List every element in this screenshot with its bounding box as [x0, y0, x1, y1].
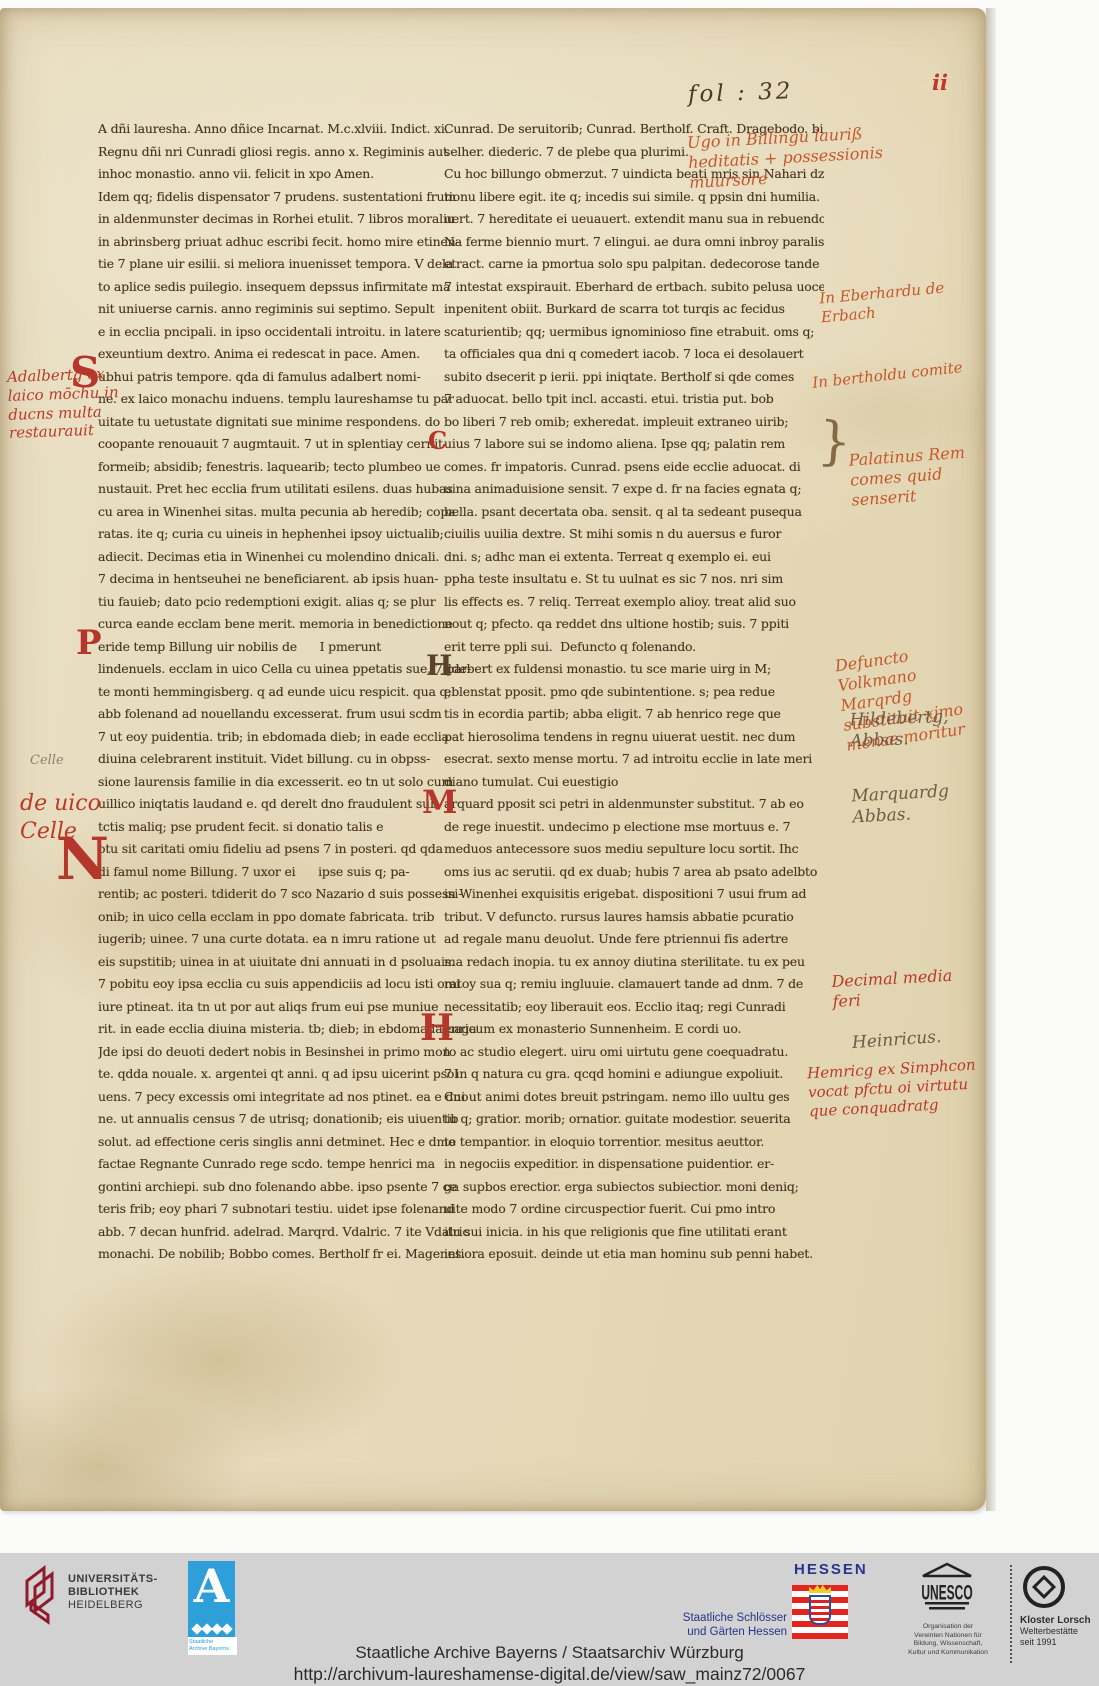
- manuscript-line: tie 7 plane uir esilii. si meliora inuen…: [98, 253, 478, 276]
- ub-heidelberg-line1: UNIVERSITÄTS-: [68, 1573, 158, 1586]
- margin-note-ugo-billing: Ugo in Billingu lauriß heditatis + posse…: [687, 119, 960, 193]
- manuscript-line: adiecit. Decimas etia in Winenhei cu mol…: [98, 546, 478, 569]
- bayern-diamonds-icon: [188, 1625, 235, 1633]
- manuscript-line: A dñi lauresha. Anno dñice Incarnat. M.c…: [98, 118, 478, 141]
- manuscript-line: iugerib; uinee. 7 una curte dotata. ea n…: [98, 928, 478, 951]
- folio-label: fol : 32: [688, 78, 794, 108]
- manuscript-line: eis supstitib; uinea in at uiuitate dni …: [98, 951, 478, 974]
- manuscript-line: tiu fauieb; dato pcio redemptioni exigit…: [98, 591, 478, 614]
- manuscript-line: nit uniuerse carnis. anno regiminis sui …: [98, 298, 478, 321]
- manuscript-line: ta officiales qua dni q comedert iacob. …: [444, 343, 824, 366]
- footer-bar: UNIVERSITÄTS- BIBLIOTHEK HEIDELBERG A St…: [0, 1553, 1099, 1686]
- manuscript-line: 7 ut eoy puidentia. trib; in ebdomada di…: [98, 726, 478, 749]
- hessen-crest-icon: [792, 1585, 848, 1639]
- manuscript-line: otu sit caritati omiu fideliu ad psens 7…: [98, 838, 478, 861]
- manuscript-line: abb folenand ad nouellandu excesserat. f…: [98, 703, 478, 726]
- manuscript-line: nustauit. Pret hec ecclia frum utilitati…: [98, 478, 478, 501]
- hessen-title: HESSEN: [794, 1561, 868, 1578]
- manuscript-line: intiora eposuit. deinde ut etia man homi…: [444, 1243, 824, 1266]
- manuscript-line: inhoc monastio. anno vii. felicit in xpo…: [98, 163, 478, 186]
- manuscript-line: pat hierosolima tendens in regnu uiuerat…: [444, 726, 824, 749]
- manuscript-line: bella. psant decertata oba. sensit. q al…: [444, 501, 824, 524]
- manuscript-line: in Winenhei exquisitis erigebat. disposi…: [444, 883, 824, 906]
- manuscript-line: in abrinsberg priuat adhuc escribi fecit…: [98, 231, 478, 254]
- manuscript-line: uitate tu uetustate dignitati sue minime…: [98, 411, 478, 434]
- manuscript-line: te tempantior. in eloquio torrentior. me…: [444, 1131, 824, 1154]
- manuscript-line: te. qdda nouale. x. argentei qt anni. q …: [98, 1063, 478, 1086]
- hessen-shield-icon: [809, 1595, 831, 1625]
- manuscript-line: etract. carne ia pmortua solo spu palpit…: [444, 253, 824, 276]
- scan-page-edge: [986, 8, 996, 1511]
- ub-heidelberg-line2: BIBLIOTHEK: [68, 1586, 158, 1599]
- manuscript-line: ppha teste insultatu e. St tu uulnat es …: [444, 568, 824, 591]
- ub-heidelberg-logo: [20, 1561, 62, 1632]
- manuscript-line: cu area in Winenhei sitas. multa pecunia…: [98, 501, 478, 524]
- manuscript-line: 7 pobitu eoy ipsa ecclia cu suis appendi…: [98, 973, 478, 996]
- manuscript-line: Na ferme biennio murt. 7 elingui. ae dur…: [444, 231, 824, 254]
- manuscript-line: factae Regnante Cunrado rege scdo. tempe…: [98, 1153, 478, 1176]
- margin-note-palatinus: Palatinus Rem comes quid senserit: [848, 441, 988, 510]
- manuscript-line: e in ecclia pncipali. in ipso occidental…: [98, 321, 478, 344]
- margin-note-de-vico-celle: de uico Celle: [20, 790, 101, 845]
- manuscript-line: sione laurensis familie in dia excesseri…: [98, 771, 478, 794]
- manuscript-line: ciuilis uuilia dextre. St mihi somis n d…: [444, 523, 824, 546]
- manuscript-line: erit terre ppli sui. Defuncto q folenand…: [444, 636, 824, 659]
- manuscript-line: teris frib; eoy phari 7 subnotari testiu…: [98, 1198, 478, 1221]
- footer-source-caption: Staatliche Archive Bayerns / Staatsarchi…: [0, 1643, 1099, 1663]
- manuscript-line: itu sui inicia. in his que religionis qu…: [444, 1221, 824, 1244]
- manuscript-line: 7 in q natura cu gra. qcqd homini e adiu…: [444, 1063, 824, 1086]
- manuscript-line: bo liberi 7 reb omib; exheredat. impleui…: [444, 411, 824, 434]
- manuscript-line: ubhui patris tempore. qda di famulus ada…: [98, 366, 478, 389]
- manuscript-line: ratas. ite q; curia cu uineis in hephenh…: [98, 523, 478, 546]
- manuscript-line: di famul nome Billung. 7 uxor ei ipse su…: [98, 861, 478, 884]
- margin-note-henricus-ex: Hemricg ex Simphcon vocat pfctu oi virtu…: [807, 1056, 978, 1121]
- bayern-letter: A: [188, 1561, 235, 1611]
- manuscript-line: eblenstat pposit. pmo qde subintentione.…: [444, 681, 824, 704]
- manuscript-line: lis effects es. 7 reliq. Terreat exemplo…: [444, 591, 824, 614]
- manuscript-line: abb. 7 decan hunfrid. adelrad. Marqrd. V…: [98, 1221, 478, 1244]
- manuscript-line: 7 decima in hentseuhei ne beneficiarent.…: [98, 568, 478, 591]
- manuscript-line: curca eande ecclam bene merit. memoria i…: [98, 613, 478, 636]
- manuscript-line: subito dsecerit p ierii. ppi iniqtate. B…: [444, 366, 824, 389]
- initial-c: C: [428, 429, 447, 453]
- margin-note-celle-faint: Celle: [30, 753, 64, 769]
- manuscript-line: uite modo 7 ordine circuspectior fuerit.…: [444, 1198, 824, 1221]
- manuscript-line: enricum ex monasterio Sunnenheim. E cord…: [444, 1018, 824, 1041]
- initial-h-brown: H: [426, 652, 452, 680]
- bayern-archive-logo: A Staatliche Archive Bayerns: [188, 1561, 237, 1655]
- page-number: ii: [932, 70, 948, 95]
- manuscript-line: tribut. V defuncto. rursus laures hamsis…: [444, 906, 824, 929]
- manuscript-line: uillico iniqtatis laudand e. qd derelt d…: [98, 793, 478, 816]
- initial-m: M: [422, 786, 457, 818]
- bayern-a-icon: A: [188, 1561, 235, 1637]
- manuscript-line: solut. ad effectione ceris singlis anni …: [98, 1131, 478, 1154]
- manuscript-line: comes. fr impatoris. Cunrad. psens eide …: [444, 456, 824, 479]
- manuscript-line: uius 7 labore sui se indomo aliena. Ipse…: [444, 433, 824, 456]
- manuscript-line: diuina celebrarent instituit. Videt bill…: [98, 748, 478, 771]
- manuscript-line: tctis maliq; pse prudent fecit. si donat…: [98, 816, 478, 839]
- lorsch-line2: Welterbestätte: [1020, 1626, 1091, 1637]
- hessen-caption-line2: und Gärten Hessen: [632, 1625, 787, 1639]
- manuscript-line: diano tumulat. Cui euestigio: [444, 771, 824, 794]
- margin-note-hildebert-abbas: Hildebertg, Abbas.: [849, 706, 986, 753]
- manuscript-line: ratoy sua q; remiu ingluuie. clamauert t…: [444, 973, 824, 996]
- manuscript-line: tis in ecordia partib; abba eligit. 7 ab…: [444, 703, 824, 726]
- unesco-temple-icon: UNESCO: [920, 1561, 974, 1611]
- kloster-lorsch-logo: [1022, 1565, 1066, 1614]
- manuscript-line: 7 intestat exspirauit. Eberhard de ertba…: [444, 276, 824, 299]
- margin-note-heinricus: Heinricus.: [851, 1027, 942, 1054]
- margin-note-eberhard: In Eberhardu de Erbach: [819, 279, 947, 327]
- manuscript-line: Cui ut animi dotes breuit pstringam. nem…: [444, 1086, 824, 1109]
- initial-p: P: [76, 626, 102, 660]
- manuscript-scan: fol : 32 ii A dñi lauresha. Anno dñice I…: [0, 8, 986, 1511]
- margin-note-adalbert: Adalbertg ex laico mōchu in ducns multa …: [7, 364, 121, 443]
- ub-heidelberg-line3: HEIDELBERG: [68, 1599, 158, 1612]
- hessen-caption: Staatliche Schlösser und Gärten Hessen: [632, 1611, 787, 1639]
- manuscript-line: uens. 7 pecy excessis omi integritate ad…: [98, 1086, 478, 1109]
- manuscript-line: oms ius ac serutii. qd ex duab; hubis 7 …: [444, 861, 824, 884]
- manuscript-line: te monti hemmingisberg. q ad eunde uicu …: [98, 681, 478, 704]
- manuscript-line: ildebert ex fuldensi monastio. tu sce ma…: [444, 658, 824, 681]
- margin-brace: }: [816, 415, 853, 469]
- manuscript-line: to ac studio elegert. uiru omi uirtutu g…: [444, 1041, 824, 1064]
- manuscript-line: lindenuels. ecclam in uico Cella cu uine…: [98, 658, 478, 681]
- manuscript-line: in negociis expeditior. in dispensatione…: [444, 1153, 824, 1176]
- footer-url-text: http://archivum-laureshamense-digital.de…: [0, 1664, 1099, 1685]
- manuscript-line: ma redach inopia. tu ex annoy diutina st…: [444, 951, 824, 974]
- manuscript-line: 7 aduocat. bello tpit incl. accasti. etu…: [444, 388, 824, 411]
- ub-heidelberg-label: UNIVERSITÄTS- BIBLIOTHEK HEIDELBERG: [68, 1573, 158, 1612]
- manuscript-line: de rege inuestit. undecimo p electione m…: [444, 816, 824, 839]
- manuscript-line: gontini archiepi. sub dno folenando abbe…: [98, 1176, 478, 1199]
- manuscript-line: arquard pposit sci petri in aldenmunster…: [444, 793, 824, 816]
- margin-note-berthold: In bertholdu comite: [811, 358, 963, 392]
- hessen-crown-icon: [809, 1584, 831, 1593]
- manuscript-line: ga supbos erectior. erga subiectos subie…: [444, 1176, 824, 1199]
- unesco-caption-line1: Organisation der: [893, 1623, 1003, 1632]
- heidelberg-book-icon: [20, 1561, 62, 1627]
- manuscript-line: coopante renouauit 7 augmtauit. 7 ut in …: [98, 433, 478, 456]
- manuscript-line: esecrat. sexto mense mortu. 7 ad introit…: [444, 748, 824, 771]
- manuscript-line: inpenitent obiit. Burkard de scarra tot …: [444, 298, 824, 321]
- manuscript-line: ne. ut annualis census 7 de utrisq; dona…: [98, 1108, 478, 1131]
- initial-h-red: H: [420, 1010, 454, 1046]
- manuscript-line: uert. 7 hereditate ei ueuauert. extendit…: [444, 208, 824, 231]
- manuscript-line: tu q; gratior. morib; ornatior. guitate …: [444, 1108, 824, 1131]
- manuscript-line: necessitatib; eoy liberauit eos. Ecclio …: [444, 996, 824, 1019]
- unesco-logo: UNESCO: [920, 1561, 974, 1616]
- manuscript-line: ne. ex laico monachu induens. templu lau…: [98, 388, 478, 411]
- manuscript-line: meduos antecessore suos mediu sepulture …: [444, 838, 824, 861]
- text-column-left: A dñi lauresha. Anno dñice Incarnat. M.c…: [98, 118, 478, 1266]
- manuscript-line: ad regale manu deuolut. Unde fere ptrien…: [444, 928, 824, 951]
- manuscript-line: Idem qq; fidelis dispensator 7 prudens. …: [98, 186, 478, 209]
- manuscript-line: nout q; pfecto. qa reddet dns ultione ho…: [444, 613, 824, 636]
- manuscript-line: exeuntium dextro. Anima ei redescat in p…: [98, 343, 478, 366]
- svg-text:UNESCO: UNESCO: [921, 1581, 972, 1604]
- manuscript-line: rentib; ac posteri. tdiderit do 7 sco Na…: [98, 883, 478, 906]
- manuscript-line: formeib; absidib; fenestris. laquearib; …: [98, 456, 478, 479]
- manuscript-line: eride temp Billung uir nobilis de I pmer…: [98, 636, 478, 659]
- margin-note-decima: Decimal media feri: [831, 964, 987, 1012]
- manuscript-line: uina animaduisione sensit. 7 expe d. fr …: [444, 478, 824, 501]
- text-column-right: Cunrad. De seruitorib; Cunrad. Bertholf.…: [444, 118, 824, 1266]
- manuscript-line: onib; in uico cella ecclam in ppo domate…: [98, 906, 478, 929]
- manuscript-line: dni. s; adhc man ei extenta. Terreat q e…: [444, 546, 824, 569]
- margin-note-marquard-abbas: Marquardg Abbas.: [851, 780, 987, 829]
- unesco-caption-line2: Vereinten Nationen für: [893, 1632, 1003, 1641]
- lorsch-title: Kloster Lorsch: [1020, 1615, 1091, 1626]
- hessen-caption-line1: Staatliche Schlösser: [632, 1611, 787, 1625]
- manuscript-line: to aplice sedis puilegio. insequem depss…: [98, 276, 478, 299]
- manuscript-line: monachi. De nobilib; Bobbo comes. Bertho…: [98, 1243, 478, 1266]
- manuscript-line: in aldenmunster decimas in Rorhei etulit…: [98, 208, 478, 231]
- manuscript-line: Regnu dñi nri Cunradi gliosi regis. anno…: [98, 141, 478, 164]
- manuscript-line: scaturientib; qq; uermibus ignominioso f…: [444, 321, 824, 344]
- lorsch-ring-icon: [1022, 1565, 1066, 1609]
